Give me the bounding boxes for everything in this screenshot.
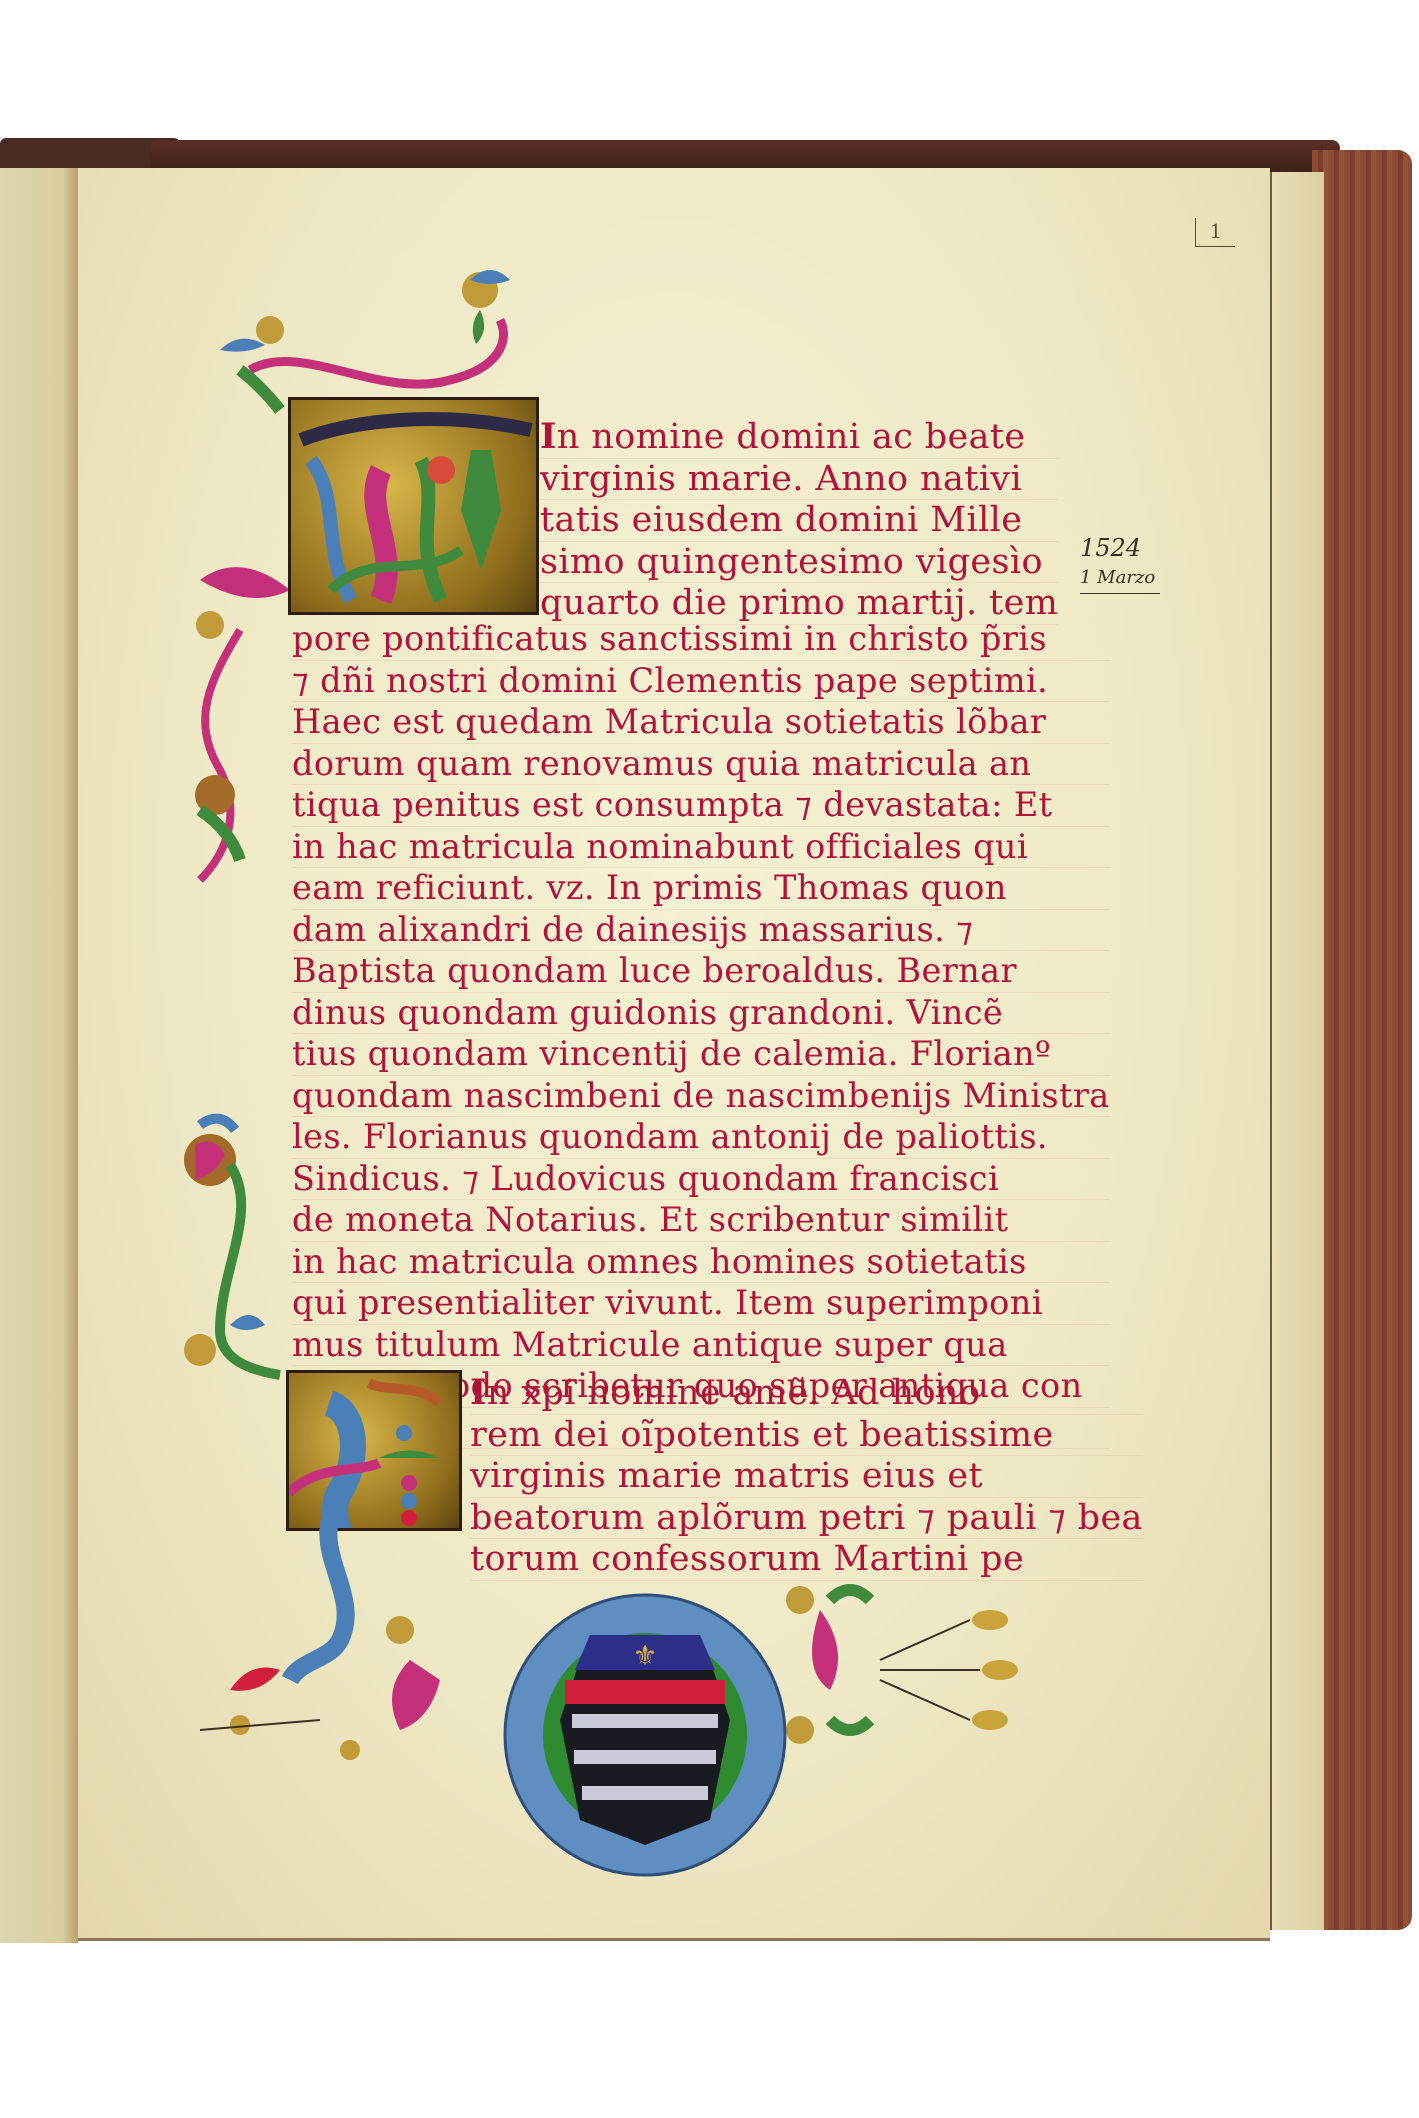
text-line: quondam nascimbeni de nascimbenijs Minis… [292,1076,1110,1118]
text-line: in hac matricula nominabunt officiales q… [292,827,1110,869]
facing-page-edge [0,168,78,1943]
text-line: In nomine domini ac beate [540,417,1058,459]
folio-number: 1 [1195,218,1235,247]
text-line: dorum quam renovamus quia matricula an [292,744,1110,786]
illuminated-initial-2 [286,1370,462,1531]
margin-note-date: 1 Marzo [1080,563,1160,594]
margin-note-year: 1524 [1080,533,1160,563]
text-line: rem dei oĩpotentis et beatissime [470,1415,1143,1457]
initial-letter: I [540,416,557,457]
text-line: simo quingentesimo vigesìo [540,542,1058,584]
dragon-initial-art [289,1373,459,1528]
text-line: In xpi nomine amẽ. Ad hono [470,1373,1143,1415]
middle-left-vine-border [160,1110,300,1400]
red-band [565,1680,725,1704]
text-line: ⁊ dñi nostri domini Clementis pape sept… [292,661,1110,703]
text-line: pore pontificatus sanctissimi in christo… [292,619,1110,661]
text-line: in hac matricula omnes homines sotietati… [292,1242,1110,1284]
text-line-content: n nomine domini ac beate [557,417,1026,457]
text-line: tiqua penitus est consumpta ⁊ devastata:… [292,785,1110,827]
text-line: tatis eiusdem domini Mille [540,500,1058,542]
illuminated-initial-1 [288,397,539,615]
marginal-date-note: 1524 1 Marzo [1080,533,1160,594]
silver-band-3 [582,1786,708,1800]
silver-band-2 [574,1750,716,1764]
text-line: Baptista quondam luce beroaldus. Bernar [292,951,1110,993]
book-cover-right-edge [1312,150,1412,1930]
initial-letter: I [470,1372,487,1413]
text-line: qui presentialiter vivunt. Item superimp… [292,1283,1110,1325]
text-line: virginis marie. Anno nativi [540,459,1058,501]
silver-band-1 [572,1714,718,1728]
coat-of-arms: ⚜ [500,1590,790,1880]
text-line: eam reficiunt. vz. In primis Thomas quon [292,868,1110,910]
text-line: mus titulum Matricule antique super qua [292,1325,1110,1367]
fleur-de-lis-icon: ⚜ [632,1641,657,1672]
text-line: Sindicus. ⁊ Ludovicus quondam francisci [292,1159,1110,1201]
passage-1-opening-lines: In nomine domini ac beate virginis marie… [540,417,1058,625]
text-line: dinus quondam guidonis grandoni. Vincẽ [292,993,1110,1035]
text-line: virginis marie matris eius et [470,1456,1143,1498]
text-line: Haec est quedam Matricula sotietatis lõ… [292,702,1110,744]
text-line: dam alixandri de dainesijs massarius. ⁊ [292,910,1110,952]
text-line: tius quondam vincentij de calemia. Flori… [292,1034,1110,1076]
text-line: de moneta Notarius. Et scribentur simili… [292,1200,1110,1242]
passage-1-body: pore pontificatus sanctissimi in christo… [292,619,1110,1449]
acanthus-initial-art [291,400,536,612]
page-fore-edge [1270,172,1324,1930]
text-line: les. Florianus quondam antonij de paliot… [292,1117,1110,1159]
text-line-content: n xpi nomine amẽ. Ad hono [487,1373,981,1413]
